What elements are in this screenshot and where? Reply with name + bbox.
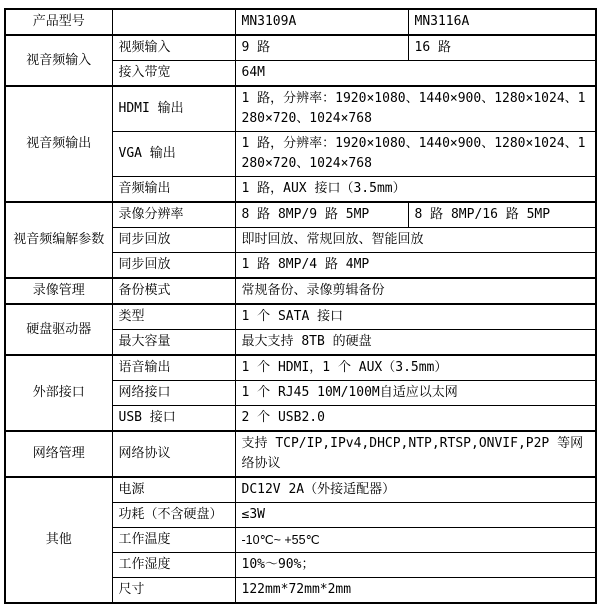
spec-value-cell: 1 个 RJ45 10M/100M自适应以太网 [235,381,596,406]
spec-table: 产品型号 MN3109A MN3116A 视音频输入 视频输入 9 路 16 路… [4,8,597,604]
spec-label-cell: 备份模式 [112,278,235,304]
spec-label-cell: 功耗（不含硬盘） [112,503,235,528]
category-cell-codec-params: 视音频编解参数 [5,202,112,278]
spec-value-cell: 1 路 8MP/4 路 4MP [235,253,596,279]
model-a-cell: MN3109A [235,9,408,35]
model-b-cell: MN3116A [408,9,596,35]
spec-label-cell: 电源 [112,477,235,503]
spec-label-cell: 视频输入 [112,35,235,61]
spec-value-cell: -10℃~ +55℃ [235,528,596,553]
spec-value-cell: 支持 TCP/IP,IPv4,DHCP,NTP,RTSP,ONVIF,P2P 等… [235,431,596,477]
spec-value-cell: 16 路 [408,35,596,61]
spec-value-cell: 8 路 8MP/16 路 5MP [408,202,596,228]
spec-value-cell: 即时回放、常规回放、智能回放 [235,228,596,253]
spec-value-cell: 8 路 8MP/9 路 5MP [235,202,408,228]
spec-label-cell: 尺寸 [112,578,235,604]
spec-label-cell: 工作湿度 [112,553,235,578]
spec-value-cell: ≤3W [235,503,596,528]
spec-label-cell: USB 接口 [112,406,235,432]
spec-label-cell: 同步回放 [112,253,235,279]
spec-value-cell: 常规备份、录像剪辑备份 [235,278,596,304]
spec-label-cell: 工作温度 [112,528,235,553]
spec-value-cell: 最大支持 8TB 的硬盘 [235,330,596,356]
spec-label-cell: VGA 输出 [112,132,235,177]
spec-label-cell: 接入带宽 [112,61,235,87]
spec-value-cell: 122mm*72mm*2mm [235,578,596,604]
spec-label-cell: HDMI 输出 [112,86,235,132]
spec-value-cell: DC12V 2A（外接适配器） [235,477,596,503]
spec-value-cell: 1 路，分辨率：1920×1080、1440×900、1280×1024、128… [235,86,596,132]
spec-sheet-page: 产品型号 MN3109A MN3116A 视音频输入 视频输入 9 路 16 路… [0,0,600,594]
category-cell-recording-mgmt: 录像管理 [5,278,112,304]
spec-value-cell: 64M [235,61,596,87]
spec-label-cell: 类型 [112,304,235,330]
spec-value-cell: 1 路，AUX 接口（3.5mm） [235,177,596,203]
spec-value-cell: 1 个 SATA 接口 [235,304,596,330]
spec-label-cell: 最大容量 [112,330,235,356]
spec-value-cell: 1 个 HDMI，1 个 AUX（3.5mm） [235,355,596,381]
spec-label-cell: 录像分辨率 [112,202,235,228]
category-cell-av-output: 视音频输出 [5,86,112,202]
spec-value-cell: 2 个 USB2.0 [235,406,596,432]
empty-cell [112,9,235,35]
spec-label-cell: 网络接口 [112,381,235,406]
category-cell-av-input: 视音频输入 [5,35,112,86]
spec-label-cell: 网络协议 [112,431,235,477]
spec-value-cell: 1 路，分辨率：1920×1080、1440×900、1280×1024、128… [235,132,596,177]
category-cell-hdd: 硬盘驱动器 [5,304,112,355]
category-cell-other: 其他 [5,477,112,603]
spec-label-cell: 同步回放 [112,228,235,253]
spec-label-cell: 音频输出 [112,177,235,203]
category-cell-network-mgmt: 网络管理 [5,431,112,477]
spec-label-cell: 语音输出 [112,355,235,381]
spec-value-cell: 9 路 [235,35,408,61]
category-cell-external-ports: 外部接口 [5,355,112,431]
spec-value-cell: 10%～90%； [235,553,596,578]
product-model-label-cell: 产品型号 [5,9,112,35]
